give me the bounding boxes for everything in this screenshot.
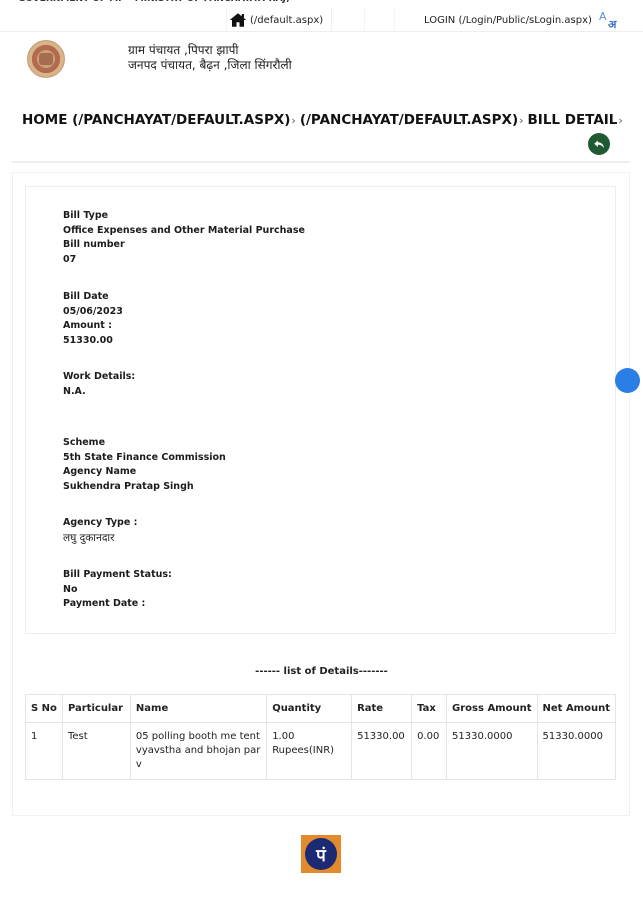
- cell-rate: 51330.00: [352, 723, 412, 780]
- amount-value: 51330.00: [63, 334, 123, 349]
- breadcrumb-current: BILL DETAIL: [528, 112, 618, 128]
- cell-particular: Test: [62, 723, 130, 780]
- nav-divider: [394, 8, 395, 32]
- agency-name-label: Agency Name: [63, 465, 226, 480]
- back-button[interactable]: [588, 133, 610, 155]
- janpad-panchayat-name: जनपद पंचायत, बैढ़न ,जिला सिंगरौली: [128, 56, 292, 73]
- cell-net-amount: 51330.0000: [537, 723, 615, 780]
- work-details-value: N.A.: [63, 385, 135, 400]
- bill-type-label: Bill Type: [63, 209, 305, 224]
- cell-quantity: 1.00 Rupees(INR): [267, 723, 352, 780]
- top-navigation: (/default.aspx) LOGIN (/Login/Public/sLo…: [0, 6, 643, 32]
- payment-date-label: Payment Date :: [63, 597, 172, 612]
- work-details-field: Work Details: N.A.: [63, 370, 135, 399]
- cell-gross-amount: 51330.0000: [447, 723, 537, 780]
- divider: [12, 161, 630, 163]
- column-header-name: Name: [130, 695, 266, 723]
- work-details-label: Work Details:: [63, 370, 135, 385]
- bill-number-value: 07: [63, 253, 305, 268]
- home-link-label: (/default.aspx): [250, 15, 323, 26]
- amount-label: Amount :: [63, 319, 123, 334]
- agency-type-value: लघु दुकानदार: [63, 531, 137, 546]
- home-link[interactable]: (/default.aspx): [226, 8, 332, 32]
- cell-sno: 1: [26, 723, 63, 780]
- breadcrumb-home[interactable]: HOME (/PANCHAYAT/DEFAULT.ASPX): [22, 112, 290, 128]
- cell-tax: 0.00: [412, 723, 447, 780]
- payment-status-field: Bill Payment Status: No Payment Date :: [63, 568, 172, 612]
- payment-status-value: No: [63, 583, 172, 598]
- bill-type-value: Office Expenses and Other Material Purch…: [63, 224, 305, 239]
- table-header-row: S No Particular Name Quantity Rate Tax G…: [26, 695, 616, 723]
- scheme-field: Scheme 5th State Finance Commission Agen…: [63, 436, 226, 494]
- column-header-quantity: Quantity: [267, 695, 352, 723]
- nav-divider: [364, 8, 365, 32]
- column-header-tax: Tax: [412, 695, 447, 723]
- column-header-gross-amount: Gross Amount: [447, 695, 537, 723]
- column-header-net-amount: Net Amount: [537, 695, 615, 723]
- panchayat-emblem-logo: [27, 40, 65, 78]
- column-header-rate: Rate: [352, 695, 412, 723]
- column-header-particular: Particular: [62, 695, 130, 723]
- bill-date-value: 05/06/2023: [63, 305, 123, 320]
- breadcrumb-panchayat[interactable]: (/PANCHAYAT/DEFAULT.ASPX): [300, 112, 518, 128]
- table-row: 1 Test 05 polling booth me tent vyavstha…: [26, 723, 616, 780]
- chevron-right-icon: ›: [618, 114, 622, 127]
- details-table: S No Particular Name Quantity Rate Tax G…: [25, 694, 616, 780]
- agency-type-field: Agency Type : लघु दुकानदार: [63, 516, 137, 545]
- column-header-sno: S No: [26, 695, 63, 723]
- cell-name: 05 polling booth me tent vyavstha and bh…: [130, 723, 266, 780]
- bill-number-label: Bill number: [63, 238, 305, 253]
- panchayat-logo-icon: पं: [305, 838, 337, 870]
- home-icon: [229, 12, 247, 28]
- floating-assistive-button[interactable]: [615, 368, 640, 393]
- scheme-label: Scheme: [63, 436, 226, 451]
- agency-name-value: Sukhendra Pratap Singh: [63, 480, 226, 495]
- chevron-right-icon: ›: [519, 114, 523, 127]
- chevron-right-icon: ›: [291, 114, 295, 127]
- login-link[interactable]: LOGIN (/Login/Public/sLogin.aspx): [424, 8, 592, 32]
- breadcrumb: HOME (/PANCHAYAT/DEFAULT.ASPX) › (/PANCH…: [22, 112, 627, 128]
- payment-status-label: Bill Payment Status:: [63, 568, 172, 583]
- bill-date-field: Bill Date 05/06/2023 Amount : 51330.00: [63, 290, 123, 348]
- footer-panchayat-logo: पं: [301, 835, 341, 873]
- back-arrow-icon: [593, 138, 606, 151]
- details-list-title: ------ list of Details-------: [0, 666, 643, 677]
- agency-type-label: Agency Type :: [63, 516, 137, 531]
- scheme-value: 5th State Finance Commission: [63, 451, 226, 466]
- bill-type-field: Bill Type Office Expenses and Other Mate…: [63, 209, 305, 267]
- language-toggle-icon[interactable]: A अ: [597, 10, 623, 32]
- bill-date-label: Bill Date: [63, 290, 123, 305]
